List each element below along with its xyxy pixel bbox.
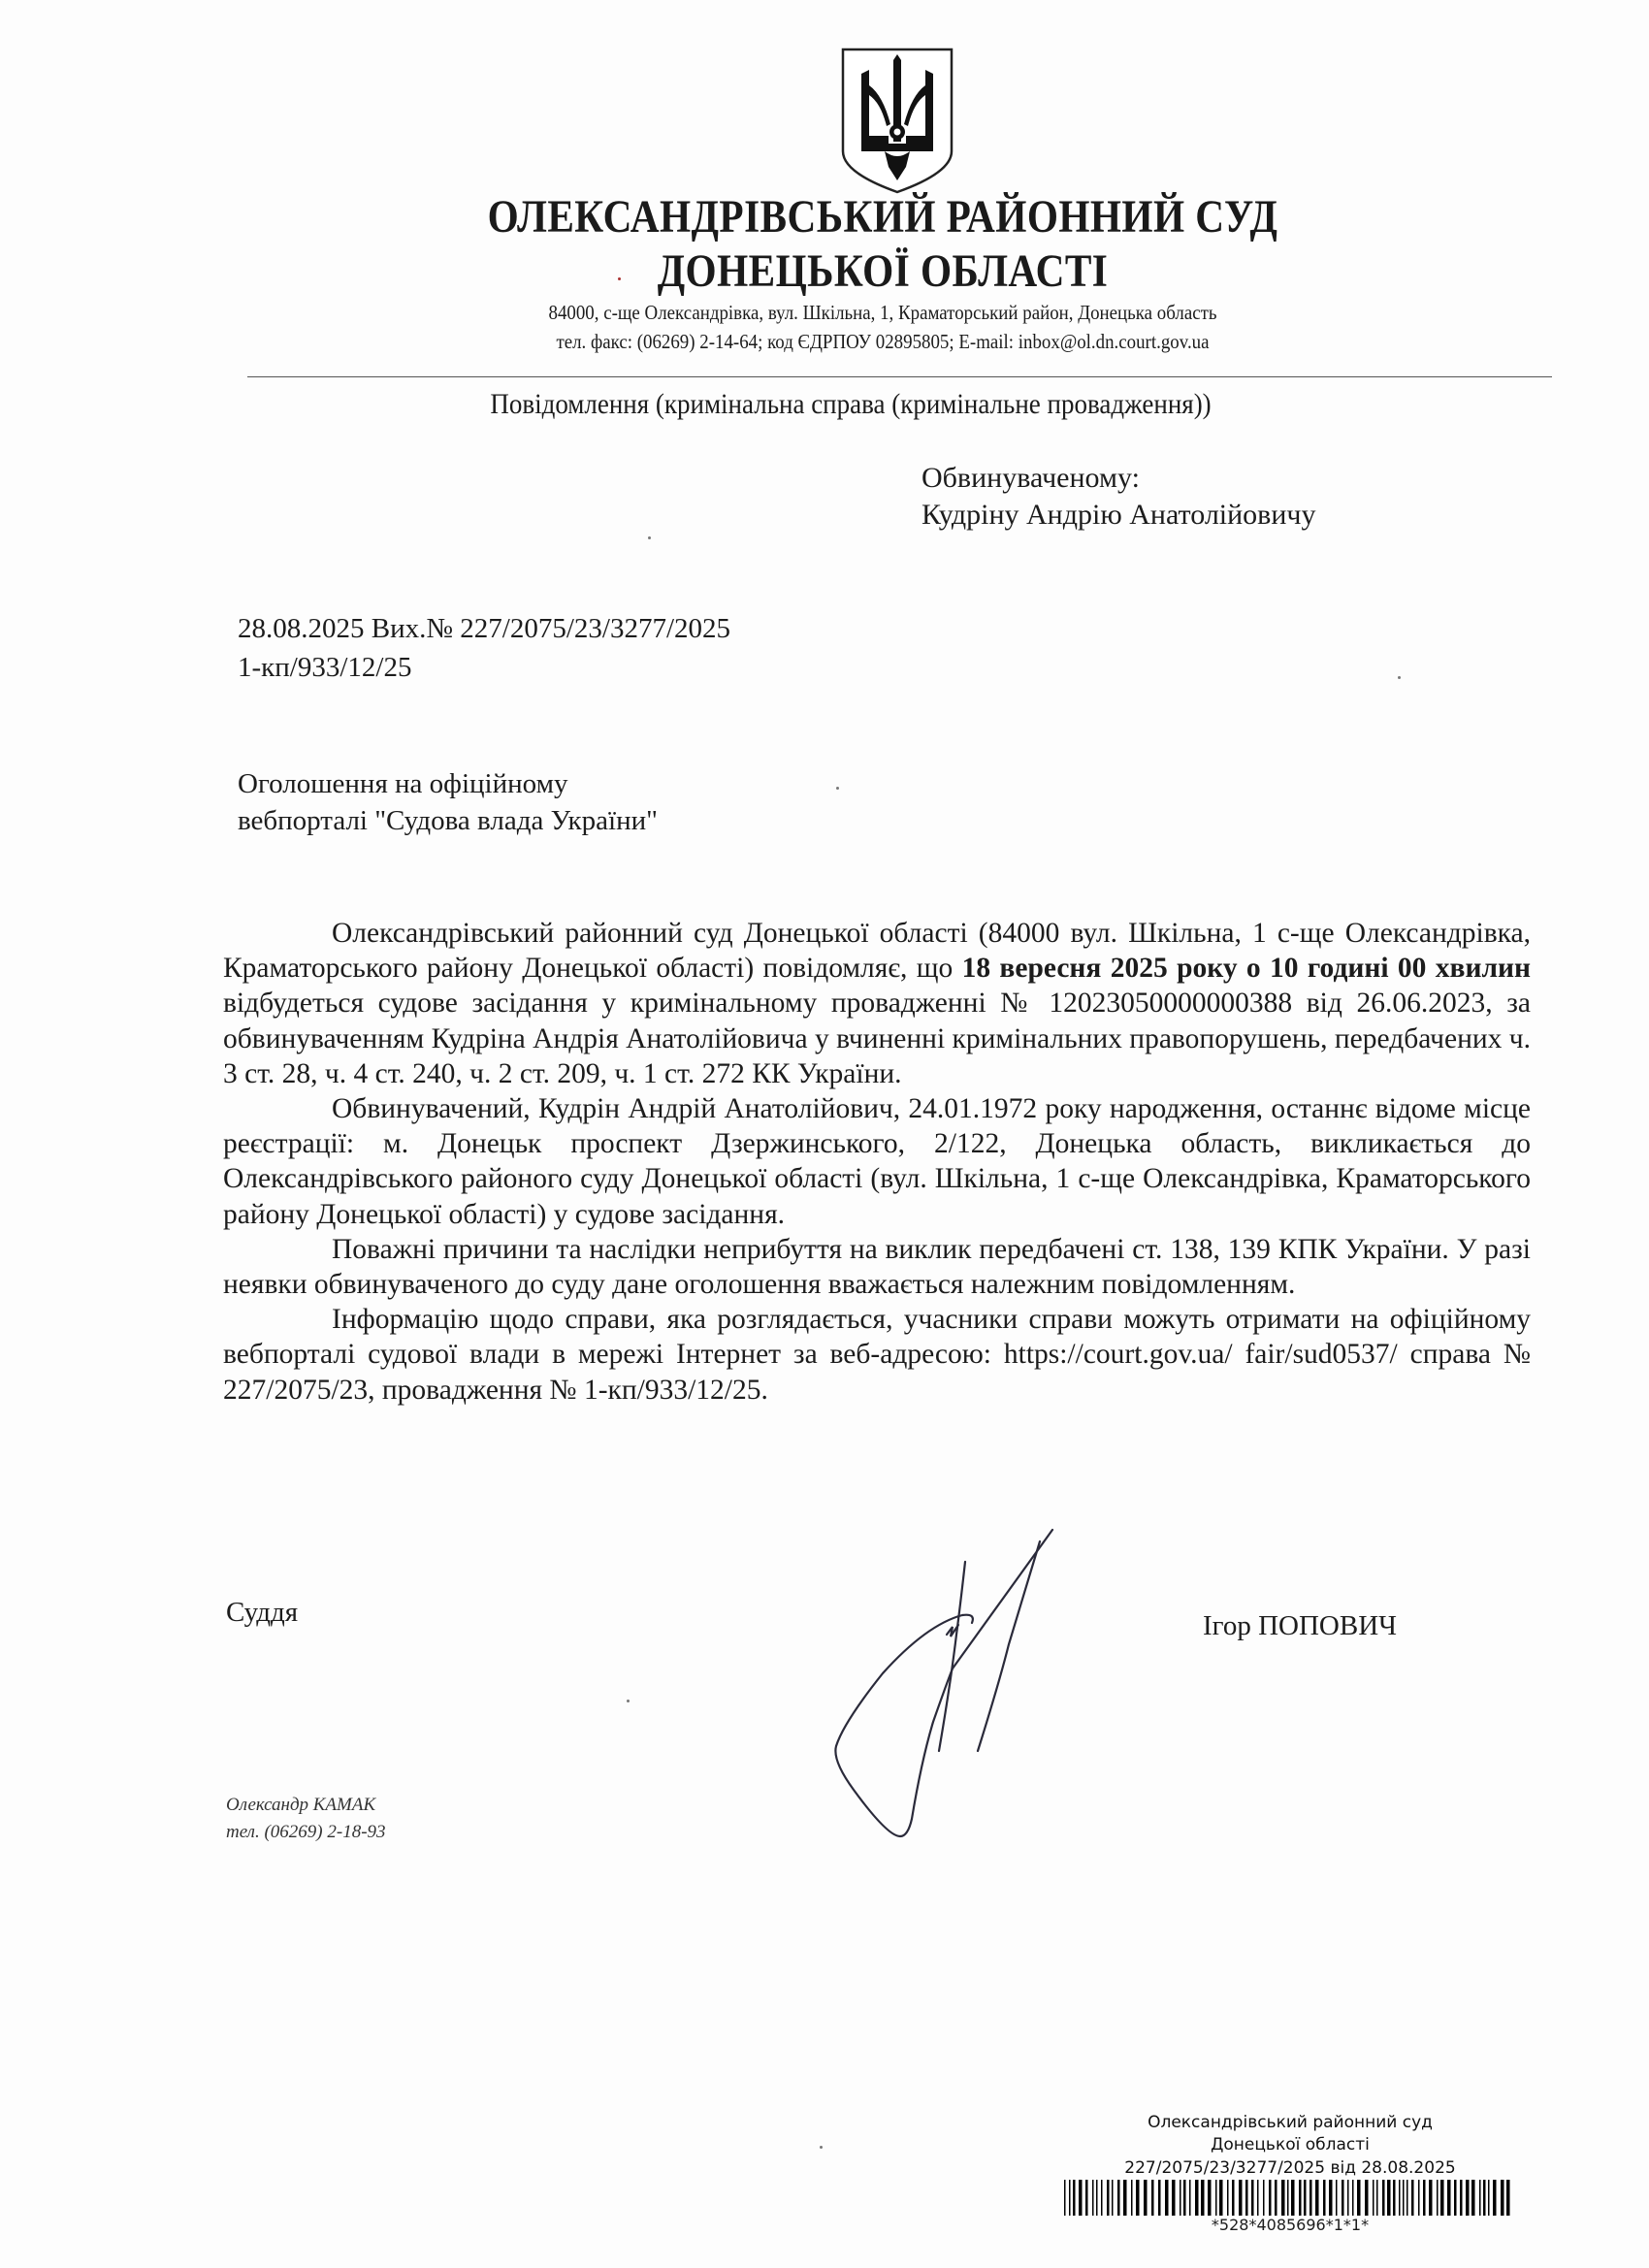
scan-speck bbox=[1398, 676, 1401, 679]
barcode-caption: *528*4085696*1*1* bbox=[1057, 2216, 1523, 2234]
hearing-text-details: відбудеться судове засідання у криміналь… bbox=[223, 988, 1531, 1088]
executor-name: Олександр КАМАК bbox=[226, 1795, 375, 1816]
body-paragraph-hearing: Олександрівський районний суд Донецької … bbox=[223, 916, 1531, 1091]
scan-speck bbox=[648, 536, 651, 539]
hearing-datetime: 18 вересня 2025 року о 10 годині 00 хвил… bbox=[962, 953, 1531, 984]
addressee-label: Обвинуваченому: bbox=[921, 462, 1140, 495]
judge-position-label: Суддя bbox=[226, 1597, 298, 1629]
body-paragraph-info: Інформацію щодо справи, яка розглядаєтьс… bbox=[223, 1302, 1531, 1408]
court-contacts: тел. факс: (06269) 2-14-64; код ЄДРПОУ 0… bbox=[141, 330, 1625, 354]
court-name-line1: ОЛЕКСАНДРІВСЬКИЙ РАЙОННИЙ СУД bbox=[174, 190, 1592, 243]
court-name-line2: ДОНЕЦЬКОЇ ОБЛАСТІ bbox=[174, 244, 1592, 298]
stamp-court-region: Донецької області bbox=[1057, 2135, 1523, 2155]
judge-name: Ігор ПОПОВИЧ bbox=[1203, 1610, 1397, 1642]
header-divider bbox=[247, 376, 1552, 377]
stamp-registration-number: 227/2075/23/3277/2025 від 28.08.2025 bbox=[1057, 2158, 1523, 2178]
notice-body: Олександрівський районний суд Донецької … bbox=[223, 916, 1531, 1408]
outgoing-reference: 28.08.2025 Вих.№ 227/2075/23/3277/2025 bbox=[238, 613, 730, 645]
addressee-name: Кудріну Андрію Анатолійовичу bbox=[921, 499, 1316, 532]
handwritten-signature-icon bbox=[718, 1528, 1067, 1838]
document-subject: Повідомлення (кримінальна справа (кримін… bbox=[82, 388, 1567, 421]
barcode-icon bbox=[1064, 2180, 1514, 2216]
body-paragraph-summons: Обвинувачений, Кудрін Андрій Анатолійови… bbox=[223, 1091, 1531, 1232]
scan-speck bbox=[836, 787, 839, 790]
ukraine-coat-of-arms-icon bbox=[840, 47, 954, 194]
announcement-heading-line1: Оголошення на офіційному bbox=[238, 768, 567, 800]
scan-speck bbox=[618, 277, 621, 280]
stamp-court-name: Олександрівський районний суд bbox=[1057, 2113, 1523, 2132]
scan-speck bbox=[627, 1700, 630, 1702]
court-address: 84000, с-ще Олександрівка, вул. Шкільна,… bbox=[141, 301, 1625, 325]
proceeding-number: 1-кп/933/12/25 bbox=[238, 652, 411, 684]
scan-speck bbox=[820, 2146, 823, 2149]
executor-phone: тел. (06269) 2-18-93 bbox=[226, 1822, 386, 1843]
announcement-heading-line2: вебпорталі "Судова влада України" bbox=[238, 805, 658, 837]
body-paragraph-consequences: Поважні причини та наслідки неприбуття н… bbox=[223, 1232, 1531, 1302]
